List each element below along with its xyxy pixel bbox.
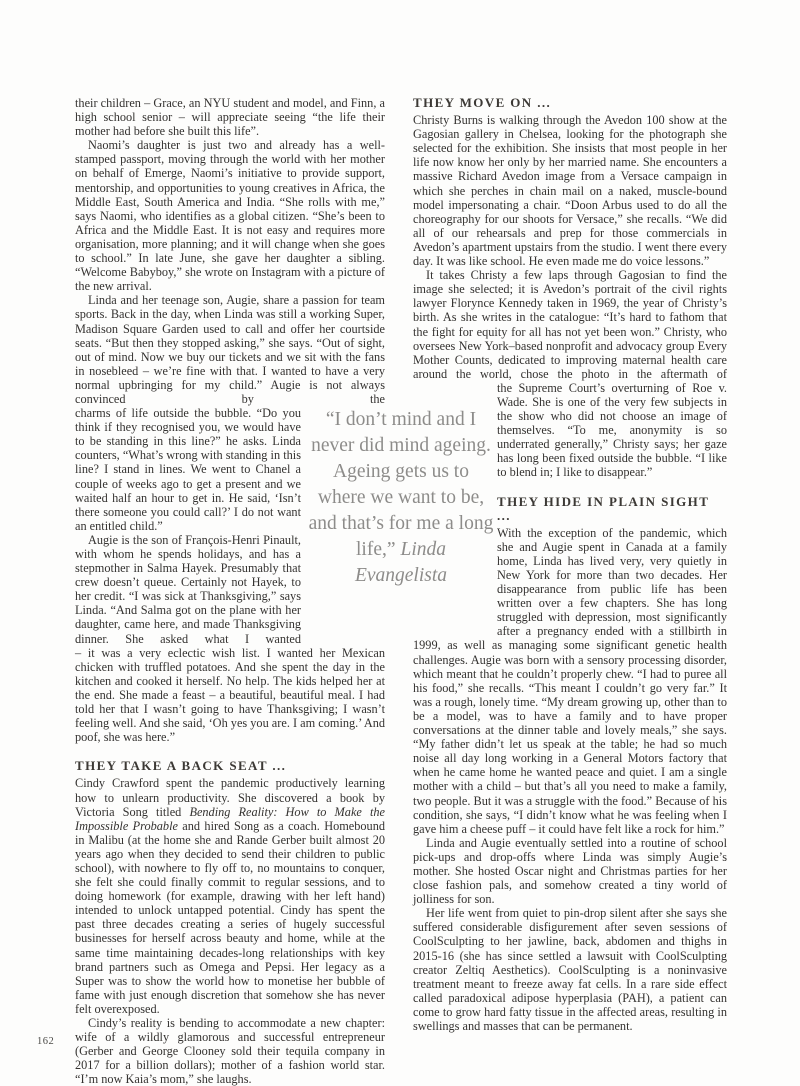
paragraph-hide: With the exception of the pandemic, whic… [497,526,727,639]
paragraph-gagosian: It takes Christy a few laps through Gago… [413,268,727,381]
paragraph-christy: Christy Burns is walking through the Ave… [413,113,727,268]
paragraph-linda-sports: Linda and her teenage son, Augie, share … [75,293,385,406]
section-heading-back-seat: THEY TAKE A BACK SEAT ... [75,759,385,773]
section-heading-hide: THEY HIDE IN PLAIN SIGHT ... [497,495,727,523]
wrap-block-right: the Supreme Court’s overturning of Roe v… [497,381,727,639]
paragraph-intro: their children – Grace, an NYU student a… [75,96,385,138]
paragraph-routine: Linda and Augie eventually settled into … [413,836,727,906]
paragraph-cindy-reality: Cindy’s reality is bending to accommodat… [75,1016,385,1086]
paragraph-augie-pinault-continued: – it was a very eclectic wish list. I wa… [75,646,385,745]
paragraph-cindy: Cindy Crawford spent the pandemic produc… [75,776,385,1016]
paragraph-coolsculpting: Her life went from quiet to pin-drop sil… [413,906,727,1033]
page-number: 162 [37,1036,54,1047]
magazine-page: their children – Grace, an NYU student a… [0,0,800,1086]
pull-quote: “I don’t mind and I never did mind agein… [308,407,494,589]
paragraph-gagosian-continued: the Supreme Court’s overturning of Roe v… [497,381,727,480]
left-column: their children – Grace, an NYU student a… [75,96,385,1086]
section-heading-move-on: THEY MOVE ON ... [413,96,727,110]
pull-quote-text: “I don’t mind and I never did mind agein… [309,409,494,560]
paragraph-augie-pinault: Augie is the son of François-Henri Pinau… [75,533,301,646]
paragraph-linda-sports-continued: charms of life outside the bubble. “Do y… [75,406,301,533]
wrap-block-left: charms of life outside the bubble. “Do y… [75,406,301,646]
paragraph-hide-continued: 1999, as well as managing some significa… [413,638,727,835]
paragraph-naomi: Naomi’s daughter is just two and already… [75,138,385,293]
